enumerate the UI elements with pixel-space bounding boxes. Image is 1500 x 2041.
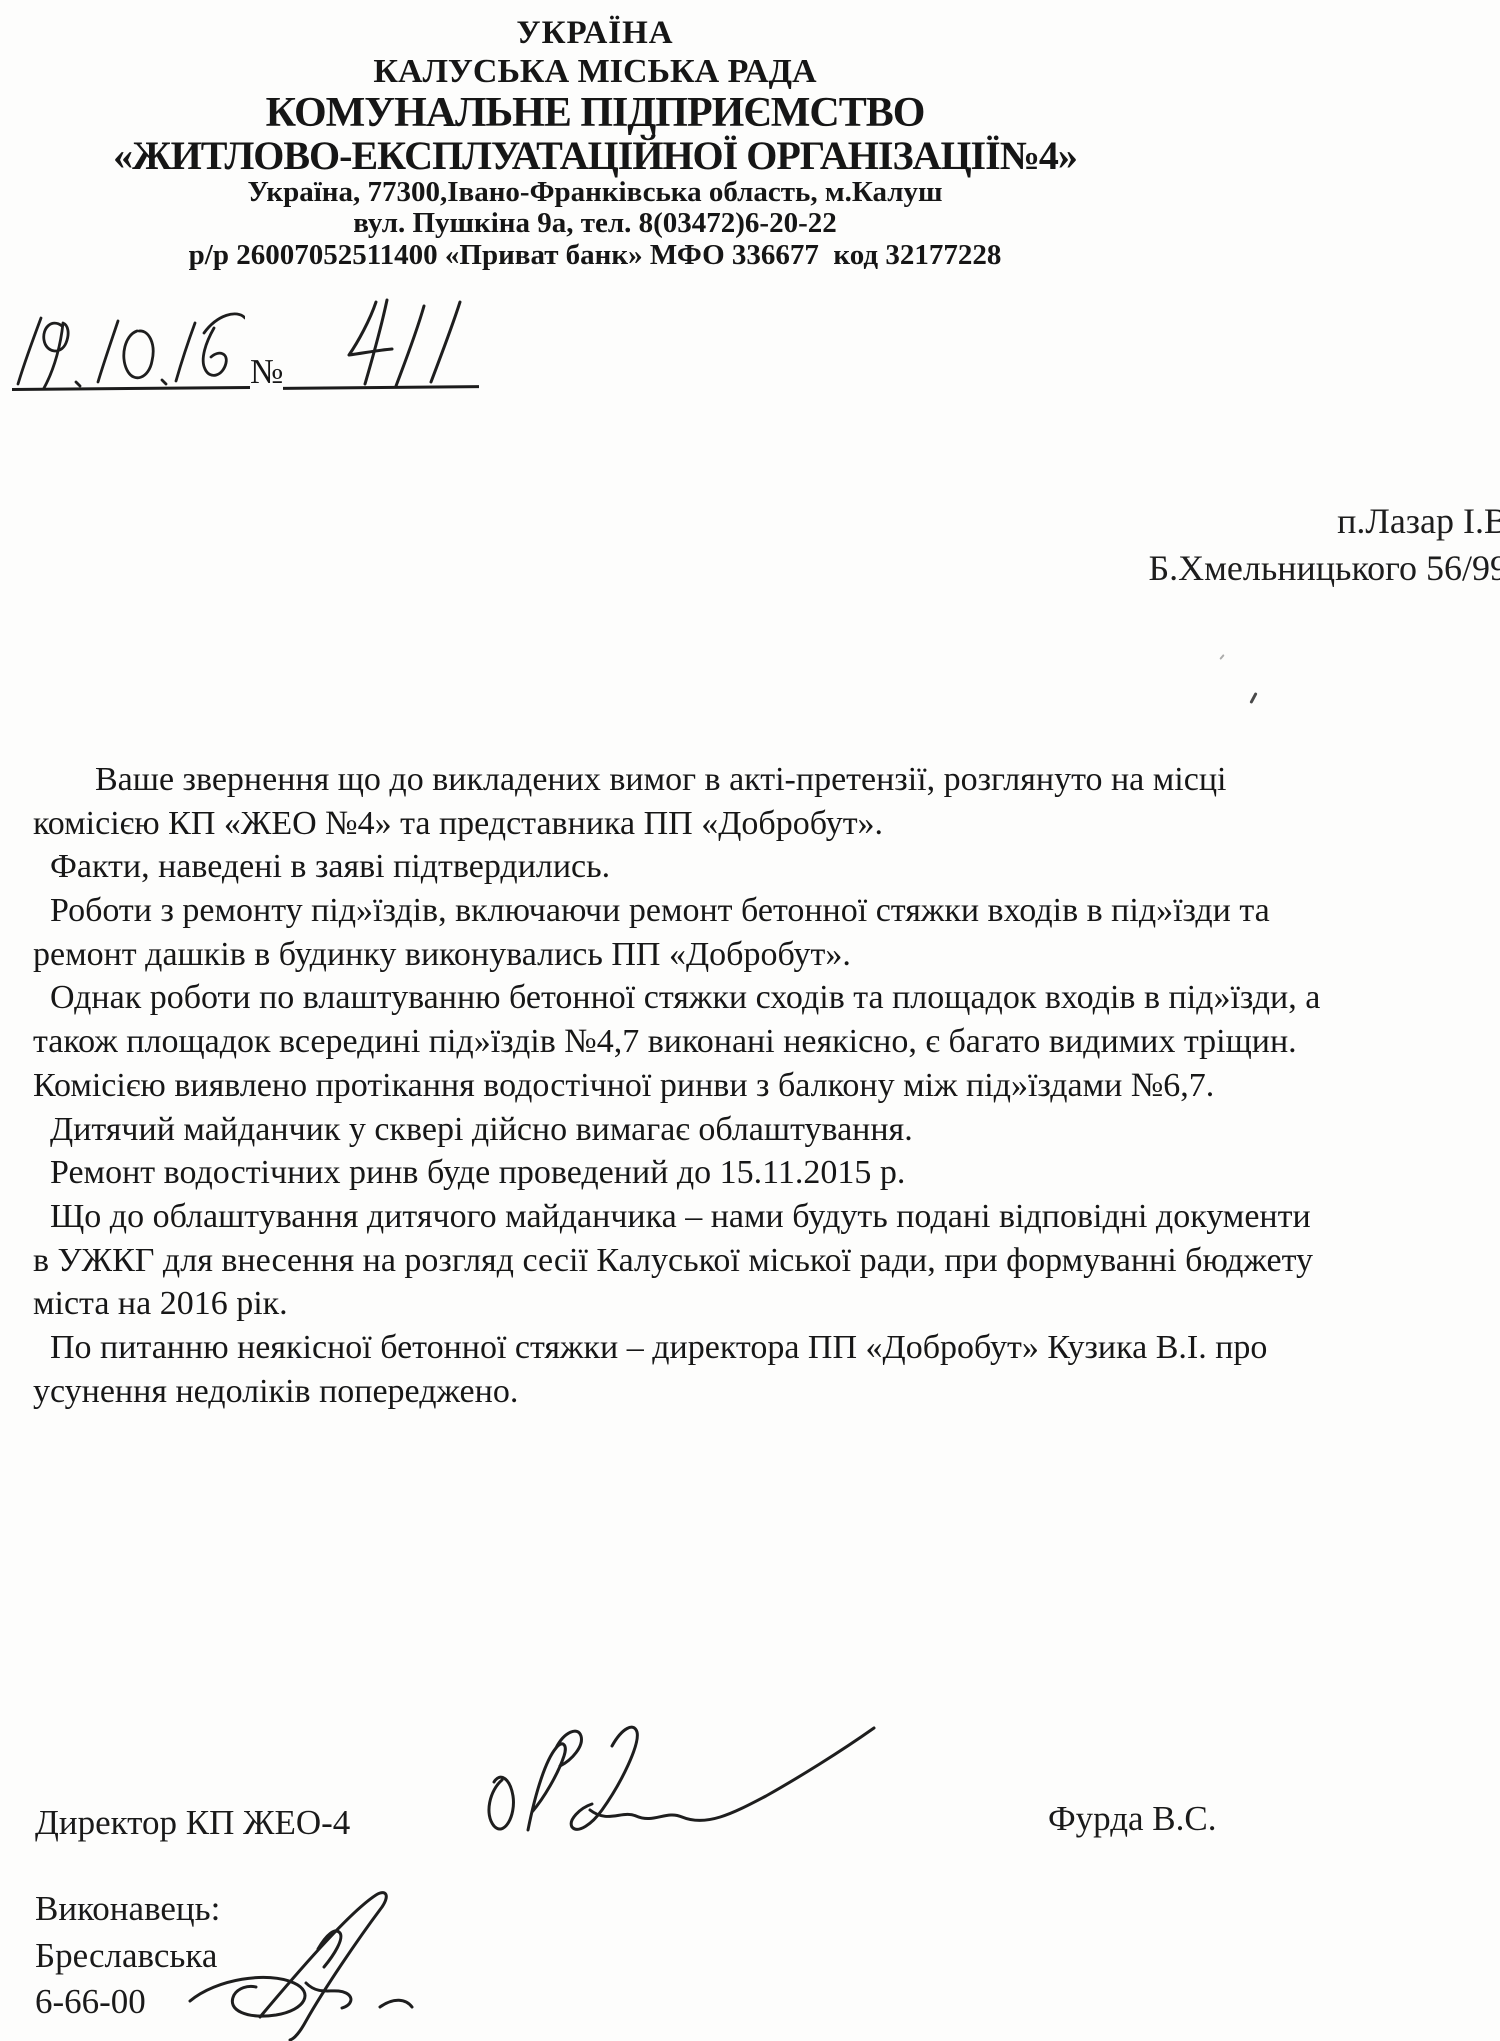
body-line: Ремонт водостічних ринв буде проведений … — [33, 1151, 1500, 1195]
scanned-letter-page: УКРАЇНА КАЛУСЬКА МІСЬКА РАДА КОМУНАЛЬНЕ … — [0, 0, 1500, 2041]
body-line: Факти, наведені в заяві підтвердились. — [33, 845, 1500, 889]
body-line: усунення недоліків попереджено. — [33, 1370, 1500, 1414]
body-line: Комісією виявлено протікання водостічної… — [33, 1064, 1500, 1108]
body-line: також площадок всередині під»їздів №4,7 … — [33, 1020, 1500, 1064]
recipient-address: Б.Хмельницького 56/99 — [1148, 545, 1500, 592]
body-line: Що до облаштування дитячого майданчика –… — [33, 1195, 1500, 1239]
director-signature — [450, 1712, 880, 1837]
letter-body: Ваше звернення що до викладених вимог в … — [33, 758, 1500, 1413]
body-line: міста на 2016 рік. — [33, 1282, 1500, 1326]
letterhead-address-line1: Україна, 77300,Івано-Франківська область… — [0, 177, 1190, 208]
body-line: Однак роботи по влаштуванню бетонної стя… — [33, 976, 1500, 1020]
handwritten-number-ink — [342, 296, 474, 389]
letterhead: УКРАЇНА КАЛУСЬКА МІСЬКА РАДА КОМУНАЛЬНЕ … — [0, 14, 1190, 271]
executor-signature — [172, 1889, 472, 2041]
scan-speck — [1219, 654, 1224, 660]
body-line: ремонт дашків в будинку виконувались ПП … — [33, 933, 1500, 977]
body-line: комісією КП «ЖЕО №4» та представника ПП … — [33, 802, 1500, 846]
recipient-block: п.Лазар І.В Б.Хмельницького 56/99 — [1148, 498, 1500, 592]
scan-speck — [1249, 692, 1257, 704]
handwritten-date-ink — [10, 306, 245, 390]
body-line: Ваше звернення що до викладених вимог в … — [33, 758, 1500, 802]
body-line: в УЖКГ для внесення на розгляд сесії Кал… — [33, 1239, 1500, 1283]
letterhead-council: КАЛУСЬКА МІСЬКА РАДА — [0, 53, 1190, 91]
number-sign-label: № — [250, 352, 283, 392]
letterhead-org-name: «ЖИТЛОВО-ЕКСПЛУАТАЦІЙНОЇ ОРГАНІЗАЦІЇ№4» — [0, 135, 1190, 177]
director-name: Фурда В.С. — [1048, 1799, 1216, 1839]
director-title: Директор КП ЖЕО-4 — [35, 1803, 350, 1843]
letterhead-country: УКРАЇНА — [0, 14, 1190, 53]
letterhead-org-type: КОМУНАЛЬНЕ ПІДПРИЄМСТВО — [0, 91, 1190, 135]
body-line: Дитячий майданчик у сквері дійсно вимага… — [33, 1108, 1500, 1152]
body-line: Роботи з ремонту під»їздів, включаючи ре… — [33, 889, 1500, 933]
body-line: По питанню неякісної бетонної стяжки – д… — [33, 1326, 1500, 1370]
letterhead-address-line2: вул. Пушкіна 9а, тел. 8(03472)6-20-22 — [0, 208, 1190, 239]
letterhead-bank-details: р/р 26007052511400 «Приват банк» МФО 336… — [0, 239, 1190, 271]
recipient-name: п.Лазар І.В — [1148, 498, 1500, 545]
